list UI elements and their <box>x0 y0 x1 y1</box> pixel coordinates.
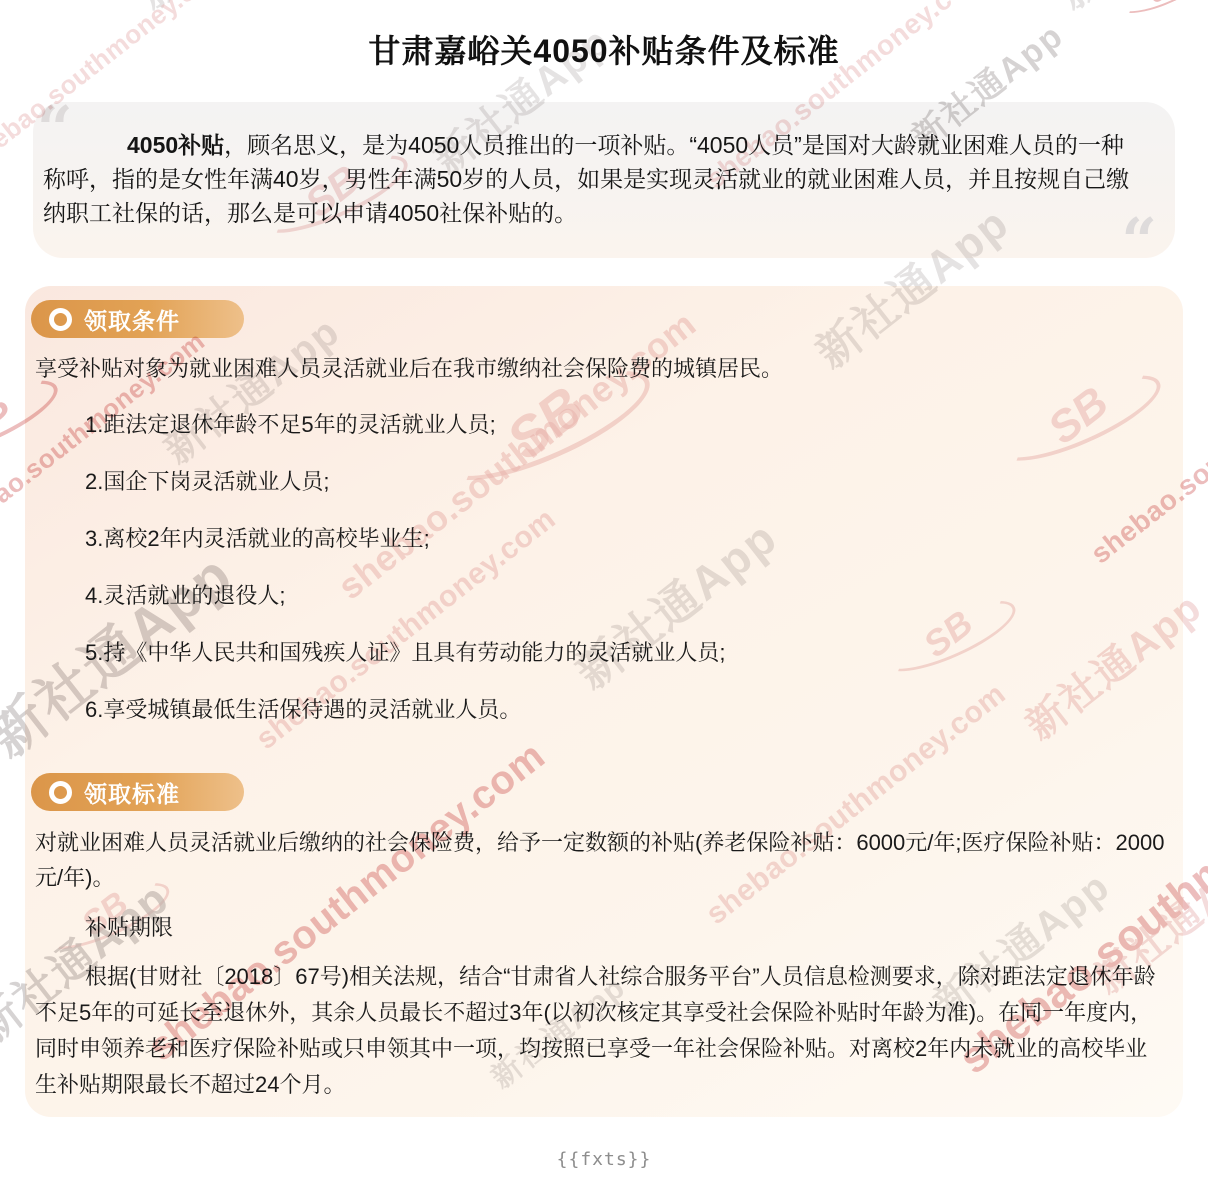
condition-item: 3.离校2年内灵活就业的高校毕业生; <box>35 526 1169 552</box>
section-conditions: 领取条件 享受补贴对象为就业困难人员灵活就业后在我市缴纳社会保险费的城镇居民。 … <box>35 300 1169 723</box>
standards-subheading: 补贴期限 <box>35 915 1169 941</box>
intro-lead: 4050补贴 <box>127 132 224 158</box>
standards-body: 对就业困难人员灵活就业后缴纳的社会保险费，给予一定数额的补贴(养老保险补贴：60… <box>35 825 1169 895</box>
open-quote-icon: “ <box>37 98 73 160</box>
conditions-badge: 领取条件 <box>31 300 244 338</box>
condition-item: 5.持《中华人民共和国残疾人证》且具有劳动能力的灵活就业人员; <box>35 640 1169 666</box>
content-panel: 领取条件 享受补贴对象为就业困难人员灵活就业后在我市缴纳社会保险费的城镇居民。 … <box>25 286 1183 1117</box>
conditions-lede: 享受补贴对象为就业困难人员灵活就业后在我市缴纳社会保险费的城镇居民。 <box>35 354 1169 384</box>
condition-item: 6.享受城镇最低生活保待遇的灵活就业人员。 <box>35 697 1169 723</box>
footer-placeholder: {{fxts}} <box>0 1149 1208 1170</box>
intro-paragraph: 4050补贴，顾名思义，是为4050人员推出的一项补贴。“4050人员”是国对大… <box>43 128 1145 230</box>
circle-icon <box>49 781 72 804</box>
page-title: 甘肃嘉峪关4050补贴条件及标准 <box>0 0 1208 72</box>
standards-badge-label: 领取标准 <box>84 776 180 809</box>
conditions-badge-label: 领取条件 <box>84 303 180 336</box>
standards-badge: 领取标准 <box>31 773 244 811</box>
conditions-list: 1.距法定退休年龄不足5年的灵活就业人员; 2.国企下岗灵活就业人员; 3.离校… <box>35 412 1169 723</box>
close-quote-icon: “ <box>1121 210 1157 272</box>
section-standards: 领取标准 对就业困难人员灵活就业后缴纳的社会保险费，给予一定数额的补贴(养老保险… <box>35 773 1169 1103</box>
condition-item: 2.国企下岗灵活就业人员; <box>35 469 1169 495</box>
intro-quote-box: “ 4050补贴，顾名思义，是为4050人员推出的一项补贴。“4050人员”是国… <box>33 102 1175 258</box>
standards-detail: 根据(甘财社〔2018〕67号)相关法规，结合“甘肃省人社综合服务平台”人员信息… <box>35 959 1169 1103</box>
article-page: 新社通Appshebao.southmoney.com新社通Appshebao.… <box>0 0 1208 1186</box>
condition-item: 4.灵活就业的退役人; <box>35 583 1169 609</box>
circle-icon <box>49 308 72 331</box>
condition-item: 1.距法定退休年龄不足5年的灵活就业人员; <box>35 412 1169 438</box>
